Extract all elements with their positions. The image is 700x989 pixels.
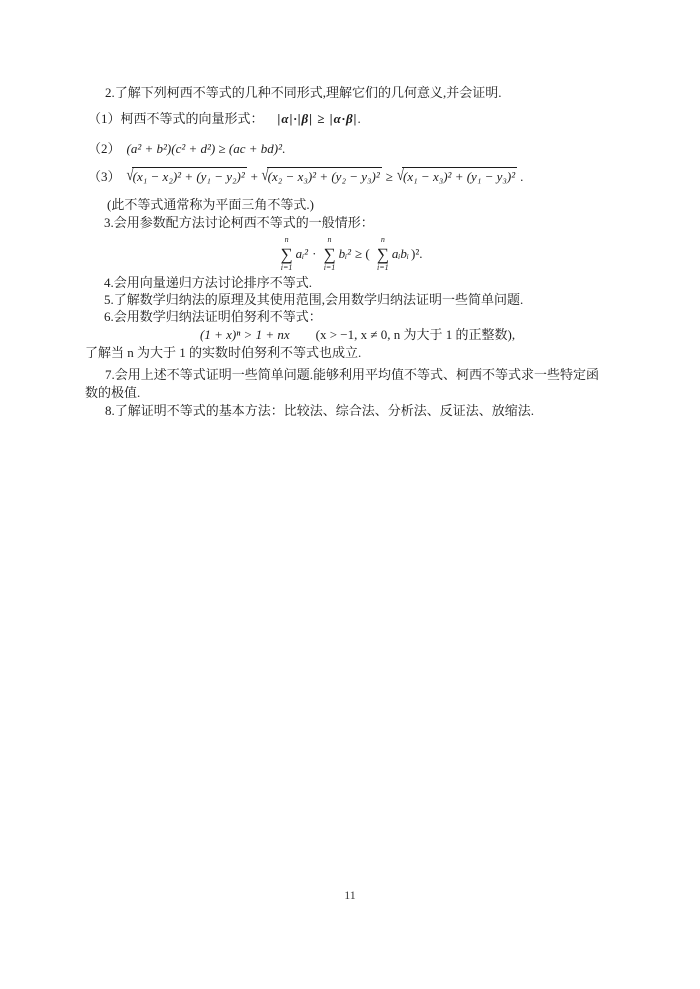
sigma-1: n ∑ i=1 xyxy=(281,236,293,273)
geq-operator: ≥ xyxy=(382,169,397,184)
triangle-inequality-line: （3）√(x₁ − x₂)² + (y₁ − y₂)²+√(x₂ − x₃)² … xyxy=(88,168,523,185)
sub-item-3-label: （3） xyxy=(88,169,121,184)
sub-item-2-label: （2） xyxy=(88,141,121,156)
formula-period: . xyxy=(517,169,523,184)
cauchy-vector-form-line: （1）柯西不等式的向量形式：|α|·|β| ≥ |α·β|. xyxy=(88,110,361,127)
syllabus-item-7-line2: 数的极值. xyxy=(85,384,140,401)
radical-sign: √ xyxy=(127,164,134,185)
syllabus-item-4: 4.会用向量递归方法讨论排序不等式. xyxy=(104,274,312,291)
formula-period: . xyxy=(358,111,361,126)
triangle-inequality-note: (此不等式通常称为平面三角不等式.) xyxy=(107,196,314,213)
syllabus-item-6-continuation: 了解当 n 为大于 1 的实数时伯努利不等式也成立. xyxy=(85,344,361,361)
sum-term-2: bᵢ² xyxy=(339,246,351,262)
document-page: 2.了解下列柯西不等式的几种不同形式,理解它们的几何意义,并会证明. （1）柯西… xyxy=(0,0,700,989)
bernoulli-condition: (x > −1, x ≠ 0, n 为大于 1 的正整数), xyxy=(316,327,515,342)
radical-term-2: √(x₂ − x₃)² + (y₂ − y₃)² xyxy=(262,169,382,184)
syllabus-item-2: 2.了解下列柯西不等式的几种不同形式,理解它们的几何意义,并会证明. xyxy=(105,84,502,101)
sigma-3: n ∑ i=1 xyxy=(377,236,389,273)
plus-operator: + xyxy=(247,169,262,184)
cauchy-2var-formula: (a² + b²)(c² + d²) ≥ (ac + bd)² xyxy=(127,141,282,156)
geq-open-paren: ≥ ( xyxy=(351,246,374,262)
radical-sign: √ xyxy=(397,164,404,185)
sigma-icon: ∑ xyxy=(377,245,389,264)
sigma-lower-limit: i=1 xyxy=(324,264,336,273)
formula-period: . xyxy=(282,141,285,156)
radical-sign: √ xyxy=(262,164,269,185)
sigma-upper-limit: n xyxy=(328,236,332,245)
sub-item-1-label: （1） xyxy=(88,111,121,126)
sigma-icon: ∑ xyxy=(323,245,335,264)
sigma-upper-limit: n xyxy=(381,236,385,245)
sum-term-1: aᵢ² xyxy=(296,246,308,262)
sigma-lower-limit: i=1 xyxy=(377,264,389,273)
radicand-2: (x₂ − x₃)² + (y₂ − y₃)² xyxy=(267,167,382,184)
bernoulli-formula-line: (1 + x)ⁿ > 1 + nx(x > −1, x ≠ 0, n 为大于 1… xyxy=(200,326,515,343)
close-paren-squared: )². xyxy=(409,246,422,262)
syllabus-item-7-line1: 7.会用上述不等式证明一些简单问题.能够利用平均值不等式、柯西不等式求一些特定函 xyxy=(105,366,599,383)
page-number: 11 xyxy=(0,888,700,903)
radicand-3: (x₁ − x₃)² + (y₁ − y₃)² xyxy=(402,167,517,184)
radical-term-3: √(x₁ − x₃)² + (y₁ − y₃)² xyxy=(397,169,517,184)
syllabus-item-3: 3.会用参数配方法讨论柯西不等式的一般情形： xyxy=(104,214,374,231)
dot-operator: · xyxy=(308,246,320,262)
cauchy-vector-formula: |α|·|β| ≥ |α·β| xyxy=(278,111,358,126)
bernoulli-expression: (1 + x)ⁿ > 1 + nx xyxy=(200,327,290,342)
syllabus-item-8: 8.了解证明不等式的基本方法：比较法、综合法、分析法、反证法、放缩法. xyxy=(105,402,534,419)
sigma-lower-limit: i=1 xyxy=(281,264,293,273)
cauchy-2var-form-line: （2）(a² + b²)(c² + d²) ≥ (ac + bd)². xyxy=(88,140,285,157)
sigma-icon: ∑ xyxy=(281,245,293,264)
sub-item-1-text: 柯西不等式的向量形式： xyxy=(121,111,264,126)
sum-term-3: aᵢbᵢ xyxy=(392,246,409,262)
syllabus-item-5: 5.了解数学归纳法的原理及其使用范围,会用数学归纳法证明一些简单问题. xyxy=(104,291,523,308)
syllabus-item-6: 6.会用数学归纳法证明伯努利不等式： xyxy=(104,308,322,325)
radicand-1: (x₁ − x₂)² + (y₁ − y₂)² xyxy=(132,167,247,184)
radical-term-1: √(x₁ − x₂)² + (y₁ − y₂)² xyxy=(127,169,247,184)
sigma-upper-limit: n xyxy=(285,236,289,245)
sigma-2: n ∑ i=1 xyxy=(323,236,335,273)
cauchy-general-formula: n ∑ i=1 aᵢ²· n ∑ i=1 bᵢ²≥ ( n ∑ i=1 aᵢbᵢ… xyxy=(0,236,700,272)
